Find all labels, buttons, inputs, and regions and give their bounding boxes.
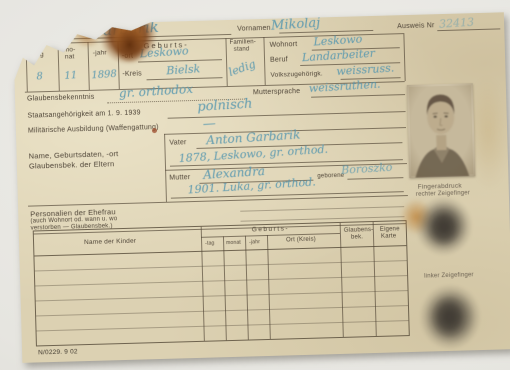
- birth-month-handwriting: 11: [64, 70, 77, 82]
- milit-label: Militärische Ausbildung (Waffengattung): [28, 124, 159, 135]
- table-col-karte-border: [373, 222, 377, 336]
- table-empty-row: [36, 305, 408, 316]
- table-empty-row: [36, 290, 408, 301]
- children-month-header: monat: [226, 240, 241, 246]
- finger-left-label: linker Zeigefinger: [424, 272, 474, 279]
- day-col-border: [57, 43, 59, 91]
- milit-handwriting: —: [202, 116, 216, 132]
- marital-label-2: stand: [234, 46, 250, 52]
- scanned-document-scene: Name Garbarik Vornamen Mikolaj Ausweis N…: [0, 0, 510, 370]
- registration-card: Name Garbarik Vornamen Mikolaj Ausweis N…: [13, 12, 510, 363]
- children-ort-header: Ort (Kreis): [286, 237, 316, 244]
- staat-handwriting: polnisch: [197, 96, 253, 114]
- table-empty-row: [35, 260, 407, 271]
- residence-right-border: [403, 33, 405, 81]
- month-col-border: [87, 42, 89, 90]
- volk-handwriting: weissruss.: [336, 61, 395, 78]
- children-year-header: -jahr: [249, 239, 260, 245]
- table-empty-row: [35, 275, 407, 286]
- staat-label: Staatsangehörigkeit am 1. 9. 1939: [27, 109, 140, 119]
- glauben-handwriting: gr. orthodox: [119, 82, 194, 101]
- vater-label: Vater: [169, 139, 186, 146]
- birth-month-label-2: nat: [65, 53, 75, 60]
- ausweis-label: Ausweis Nr: [397, 22, 435, 30]
- parents-box-left: [164, 134, 167, 202]
- mutterspr-label: Muttersprache: [253, 88, 301, 96]
- beruf-label: Beruf: [270, 56, 288, 63]
- table-empty-row: [37, 320, 409, 331]
- marital-col-border: [225, 38, 227, 86]
- card-shadow-wrap: Name Garbarik Vornamen Mikolaj Ausweis N…: [13, 12, 510, 363]
- age-spot: [152, 128, 157, 133]
- geborene-handwriting: Boroszko: [341, 161, 393, 177]
- children-day-header: -tag: [205, 240, 215, 246]
- ausweis-number-handwriting: 32413: [439, 16, 475, 31]
- marital-label-1: Familien-: [229, 39, 256, 46]
- birth-district-underline: [147, 77, 223, 80]
- wohnort-label: Wohnort: [270, 41, 298, 49]
- geborene-underline: [347, 177, 403, 180]
- finger-right-label-1: Fingerabdruck: [418, 183, 462, 191]
- form-code: N/0229. 9 02: [38, 348, 78, 356]
- geborene-label: geborene: [317, 173, 344, 180]
- name-label: Name: [25, 31, 45, 39]
- wohnort-handwriting: Leskowo: [313, 32, 363, 48]
- spouse-blank-line-1: [240, 206, 404, 212]
- children-glauben-header-1: Glaubens-: [344, 227, 374, 234]
- birth-district-label: -Kreis: [122, 70, 142, 78]
- birth-day-handwriting: 8: [36, 71, 43, 82]
- birth-place-underline: [138, 59, 222, 62]
- portrait-photo: [407, 83, 476, 178]
- parents-label-2: Glaubensbek. der Eltern: [29, 159, 115, 170]
- volk-label: Volkszugehörigk.: [270, 70, 323, 78]
- vornamen-label: Vornamen: [237, 25, 271, 33]
- children-karte-header-1: Eigene: [380, 226, 400, 233]
- glauben-label: Glaubensbekenntnis: [27, 94, 95, 103]
- birth-day-label: -tag: [32, 51, 44, 58]
- vornamen-handwriting: Mikolaj: [271, 16, 321, 34]
- mutterspr-handwriting: weissruthen.: [308, 78, 380, 95]
- children-karte-header-2: Karte: [381, 233, 397, 239]
- marital-handwriting: ledig: [227, 57, 257, 79]
- children-geburts-header: Geburts-: [252, 225, 289, 233]
- birth-year-handwriting: 1898: [91, 69, 117, 82]
- birth-district-handwriting: Bielsk: [166, 62, 201, 77]
- table-col-glauben-border: [340, 223, 344, 337]
- small-stain: [73, 24, 102, 49]
- children-glauben-header-2: bek.: [351, 234, 363, 240]
- residence-col-border: [263, 37, 265, 85]
- table-header-bottom-line: [34, 245, 406, 256]
- boxgrid-left-border: [25, 44, 27, 92]
- mutterspr-underline: [311, 94, 405, 98]
- mutter-label: Mutter: [169, 174, 190, 182]
- geburts-subheader-line: [201, 233, 340, 238]
- children-table: Name der Kinder Geburts- -tag monat -jah…: [33, 220, 410, 346]
- children-name-header: Name der Kinder: [84, 238, 136, 246]
